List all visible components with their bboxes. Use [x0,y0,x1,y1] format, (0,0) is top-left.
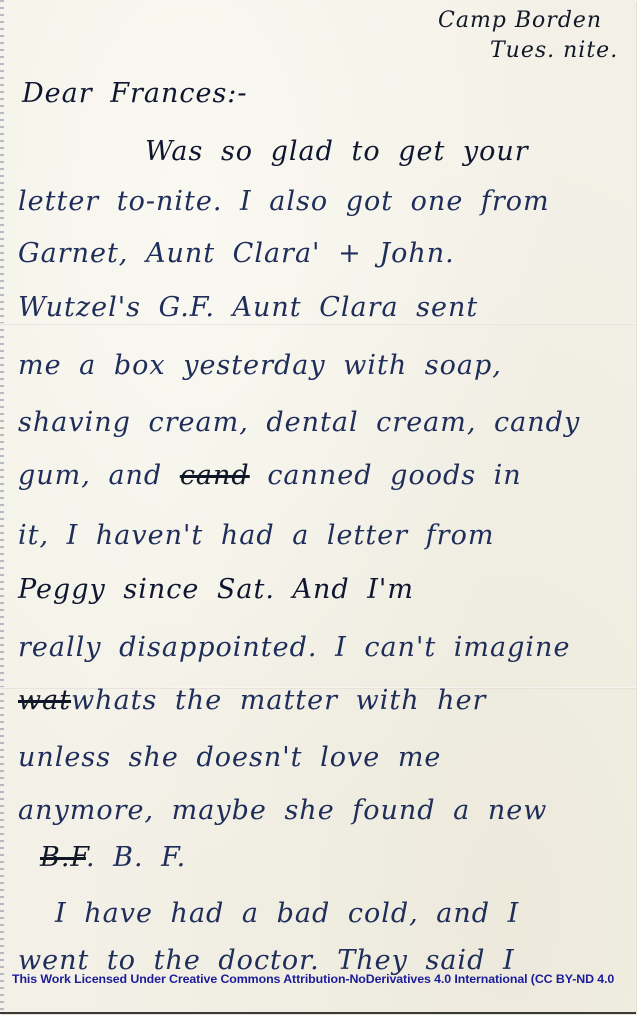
line-text: whats the matter with her [71,685,486,716]
letter-line-1: Was so glad to get your [145,136,529,167]
perforated-edge [0,0,4,1012]
letter-line-9: Peggy since Sat. And I'm [18,574,414,605]
paper-fold-line [0,323,636,325]
letter-paper: Camp Borden Tues. nite. Dear Frances:- W… [0,0,636,1014]
header-place: Camp Borden [438,8,602,33]
letter-line-5: me a box yesterday with soap, [18,350,502,381]
letter-line-8: it, I haven't had a letter from [18,520,494,551]
license-notice: This Work Licensed Under Creative Common… [12,972,614,986]
letter-line-10: really disappointed. I can't imagine [18,632,570,663]
letter-line-3: Garnet, Aunt Clara' + John. [18,238,455,269]
letter-line-12: unless she doesn't love me [18,742,441,773]
struck-word: cand [180,460,250,491]
letter-line-7: gum, and cand canned goods in [18,460,522,491]
header-day: Tues. nite. [490,38,618,63]
letter-line-6: shaving cream, dental cream, candy [18,407,580,438]
line-text: canned goods in [267,460,521,491]
salutation: Dear Frances:- [22,78,248,109]
line-text: . B. F. [86,842,186,873]
letter-line-2: letter to-nite. I also got one from [18,186,550,217]
letter-line-15: I have had a bad cold, and I [55,898,519,929]
letter-line-14: B.F. B. F. [40,842,186,873]
letter-line-11: watwhats the matter with her [18,685,486,716]
line-text: gum, and [18,460,162,491]
struck-word: wat [18,685,71,716]
struck-word: B.F [40,842,86,873]
letter-line-4: Wutzel's G.F. Aunt Clara sent [18,292,478,323]
letter-line-13: anymore, maybe she found a new [18,795,547,826]
